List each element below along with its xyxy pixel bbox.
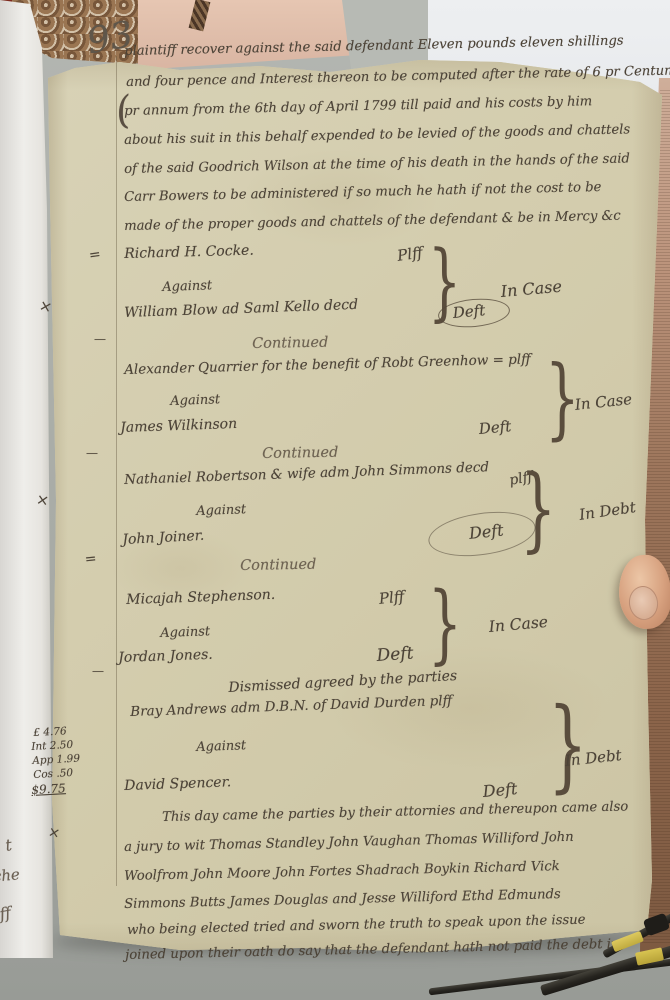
margin-rule-line bbox=[116, 56, 117, 886]
defendant-label: Deft bbox=[482, 779, 518, 801]
margin-double-dash-mark: = bbox=[84, 551, 97, 568]
case-defendant: Jordan Jones. bbox=[118, 647, 213, 666]
case-status: Continued bbox=[252, 335, 328, 352]
case-brace-icon: } bbox=[428, 586, 462, 663]
margin-dash-mark: — bbox=[94, 332, 106, 346]
facing-page-edge bbox=[0, 0, 53, 958]
case-against: Against bbox=[170, 392, 220, 409]
case-plaintiff: Richard H. Cocke. bbox=[124, 243, 254, 262]
case-status: Continued bbox=[262, 445, 338, 462]
plaintiff-label: Plff bbox=[396, 243, 424, 264]
manuscript-photo: t che ff 93 plaintiff recover against th… bbox=[0, 0, 670, 1000]
defendant-label: Deft bbox=[376, 643, 414, 666]
margin-cost-total: $9.75 bbox=[31, 781, 66, 797]
case-brace-icon: } bbox=[548, 700, 587, 790]
case-against: Against bbox=[162, 278, 212, 295]
margin-cost-line: App 1.99 bbox=[32, 753, 80, 767]
margin-cost-line: £ 4.76 bbox=[33, 725, 67, 739]
case-against: Against bbox=[196, 738, 246, 755]
facing-page-fragment: che bbox=[0, 865, 21, 886]
case-status: Continued bbox=[240, 557, 316, 574]
margin-dash-mark: — bbox=[86, 446, 98, 460]
cord-yellow-band bbox=[611, 931, 644, 952]
background-peach-panel bbox=[138, 0, 363, 70]
margin-dash-mark: — bbox=[92, 664, 104, 678]
case-against: Against bbox=[196, 502, 246, 519]
margin-cost-line: Cos .50 bbox=[33, 767, 73, 781]
margin-cost-line: Int 2.50 bbox=[31, 739, 73, 753]
margin-double-dash-mark: = bbox=[88, 246, 102, 263]
plaintiff-label: Plff bbox=[378, 587, 405, 608]
case-against: Against bbox=[160, 624, 210, 641]
defendant-label: Deft bbox=[478, 417, 512, 438]
